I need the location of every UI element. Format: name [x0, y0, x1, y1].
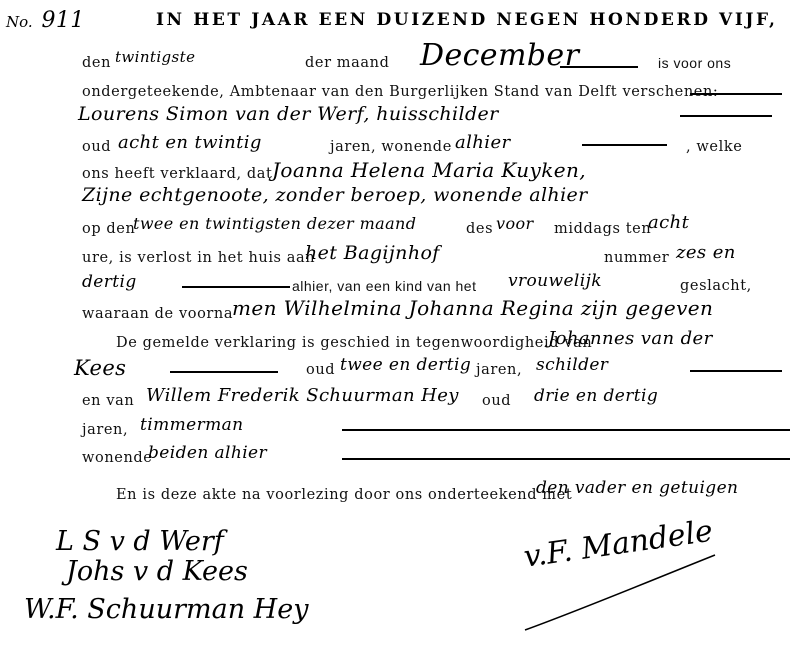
line4-age: acht en twintig: [118, 132, 262, 153]
signature-witness1: Johs v d Kees: [66, 556, 248, 587]
line8-prefix: ure, is verlost in het huis aan: [82, 250, 315, 266]
line4-residence: alhier: [455, 132, 511, 153]
line9-number-cont: dertig: [82, 272, 137, 292]
line1-prefix: den: [82, 55, 111, 71]
line5-mother: Joanna Helena Maria Kuyken,: [272, 158, 586, 182]
line11-prefix: De gemelde verklaring is geschied in teg…: [116, 335, 592, 351]
fill-line: [342, 429, 790, 431]
line13-prefix: en van: [82, 393, 134, 409]
certificate-heading: IN HET JAAR EEN DUIZEND NEGEN HONDERD VI…: [156, 10, 778, 30]
line4-suffix: , welke: [686, 139, 742, 155]
line1-month: December: [420, 38, 579, 73]
fill-line: [680, 115, 772, 117]
certificate-number-label: No.: [6, 13, 33, 31]
line9-suffix: geslacht,: [680, 278, 752, 294]
fill-line: [690, 93, 782, 95]
certificate-number-value: 911: [41, 8, 84, 33]
fill-line: [170, 371, 278, 373]
line7-part-of-day: voor: [496, 214, 534, 233]
line12-witness1-occupation: schilder: [536, 355, 608, 375]
line9-sex: vrouwelijk: [508, 271, 602, 291]
signature-father: L S v d Werf: [56, 526, 224, 557]
line13-middle: oud: [482, 393, 511, 409]
line7-middle: des: [466, 221, 493, 237]
fill-line: [582, 144, 667, 146]
line7-date: twee en twintigsten dezer maand: [133, 214, 416, 233]
fill-line: [690, 370, 782, 372]
fill-line: [560, 66, 638, 68]
line14-prefix: jaren,: [82, 422, 128, 438]
line13-witness2-age: drie en dertig: [534, 386, 658, 406]
line13-witness2: Willem Frederik Schuurman Hey: [146, 385, 459, 406]
line8-house-number-label: nummer: [604, 250, 669, 266]
line15-prefix: wonende: [82, 450, 152, 466]
line12-witness1-cont: Kees: [74, 356, 126, 380]
line12-suffix: jaren,: [476, 362, 522, 378]
line6-relation: Zijne echtgenoote, zonder beroep, wonend…: [82, 184, 588, 206]
signature-flourish: [520, 540, 720, 640]
line11-witness1: Johannes van der: [548, 328, 713, 349]
line14-witness2-occupation: timmerman: [140, 415, 244, 435]
line7-hour: acht: [648, 212, 689, 233]
line10-prefix: waaraan de voorna: [82, 306, 233, 322]
line1-day: twintigste: [115, 48, 195, 66]
line2-text: ondergeteekende, Ambtenaar van den Burge…: [82, 84, 718, 100]
line12-middle: oud: [306, 362, 335, 378]
line7-suffix: middags ten: [554, 221, 651, 237]
line5-prefix: ons heeft verklaard, dat: [82, 166, 272, 182]
line4-middle: jaren, wonende: [330, 139, 452, 155]
line7-prefix: op den: [82, 221, 135, 237]
line8-house-number: zes en: [676, 242, 736, 263]
fill-line: [182, 286, 290, 288]
line1-middle: der maand: [305, 55, 389, 71]
line10-names: men Wilhelmina Johanna Regina zijn gegev…: [232, 296, 713, 320]
certificate-number: No. 911: [6, 8, 85, 33]
fill-line: [342, 458, 790, 460]
line15-witness-residence: beiden alhier: [148, 443, 267, 463]
line16-text: En is deze akte na voorlezing door ons o…: [116, 487, 572, 503]
line8-address: het Bagijnhof: [305, 242, 440, 264]
line3-declarant: Lourens Simon van der Werf, huisschilder: [78, 103, 499, 125]
signature-witness2: W.F. Schuurman Hey: [24, 594, 308, 625]
line1-suffix: is voor ons: [658, 55, 731, 71]
line12-witness1-age: twee en dertig: [340, 355, 471, 375]
line4-prefix: oud: [82, 139, 111, 155]
birth-certificate-document: No. 911 IN HET JAAR EEN DUIZEND NEGEN HO…: [0, 0, 800, 655]
line16-signers: den vader en getuigen: [536, 478, 738, 498]
line9-middle: alhier, van een kind van het: [292, 278, 476, 294]
